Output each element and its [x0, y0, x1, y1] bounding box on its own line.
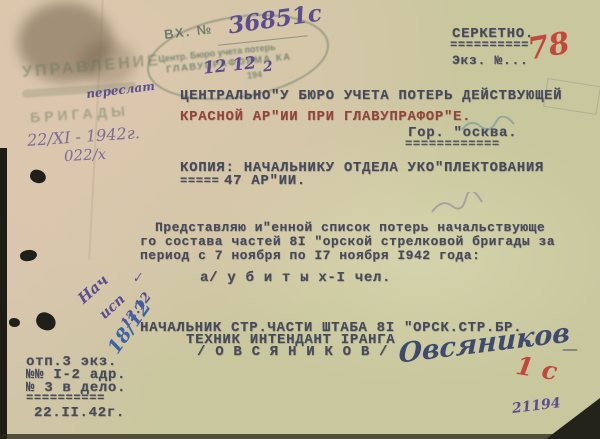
- ink-bleed-squiggle: [428, 192, 488, 218]
- scanned-document: ВХ. № Центр. Бюро учета потерь ГЛАВУПРАФ…: [0, 0, 600, 439]
- file-note-underline: ==========: [26, 392, 105, 404]
- red-pencil-mark: 1 с: [514, 353, 559, 384]
- address-city-underline: ============: [405, 138, 500, 150]
- paragraph-line3: период с 7 ноября по I7 ноября I942 года…: [140, 249, 480, 262]
- signature-dash: —: [562, 341, 578, 357]
- hole-punch-3: [9, 318, 20, 327]
- hole-punch-1: [29, 168, 48, 185]
- file-note-date: 22.II.42г.: [34, 406, 125, 420]
- copy-number-red-handwritten: 78: [526, 29, 572, 66]
- item-a-killed: а/ у б и т ы х-I чел.: [200, 271, 391, 285]
- secrecy-underline: ==========: [450, 39, 529, 51]
- unit-stamp-number-handwritten: 022/х: [64, 147, 107, 164]
- paragraph-line2: го состава частей 8I "орской стрелковой …: [140, 235, 555, 248]
- address-line2: КРАСНОЙ АР"ИИ ПРИ ГЛАВУПРАФОР"Е.: [180, 110, 471, 124]
- purple-number: 21194: [511, 396, 561, 416]
- faint-ink-scribble: [460, 116, 520, 138]
- unit-stamp-line2: БРИГАДЫ: [30, 103, 130, 126]
- margin-check-mark: ✓: [131, 271, 144, 286]
- address-line1: ЦЕНТРАЛЬНО"У БЮРО УЧЕТА ПОТЕРЬ ДЕЙСТВУЮЩ…: [180, 89, 562, 103]
- hole-punch-2: [19, 249, 38, 263]
- scan-edge-bottom: [0, 434, 600, 439]
- copy-to-line2: 47 АР"ИИ.: [224, 174, 306, 188]
- signer-name-line3: / О В С Я Н И К О В /: [197, 345, 388, 359]
- copy-to-underline: =====: [180, 175, 220, 187]
- hole-punch-4: [33, 310, 58, 334]
- registration-year-digit-handwritten: 2: [262, 60, 273, 75]
- faint-partial-stamp: [543, 78, 600, 115]
- scan-edge-left: [0, 148, 7, 439]
- copy-number-label: Экз. №...: [452, 54, 529, 67]
- paragraph-line1: Представляю и"енной список потерь началь…: [155, 221, 545, 234]
